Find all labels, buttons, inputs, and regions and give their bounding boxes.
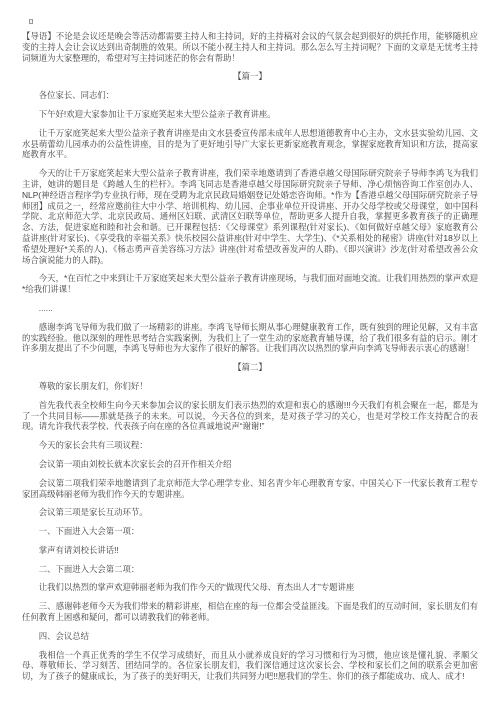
paragraph: 让千万家庭笑起来大型公益亲子教育讲座是由文水县委宣传部未成年人思想道德教育中心主…	[22, 128, 478, 160]
paragraph: 今天的家长会共有三项议程：	[22, 440, 478, 451]
article-content: 【导语】不论是会议还是晚会等活动都需要主持人和主持词，好的主持稿对会议的气氛会起…	[22, 23, 478, 690]
paragraph: 今天，*在百忙之中来到让千万家庭笑起来大型公益亲子教育讲座现场，与我们面对面地交…	[22, 273, 478, 295]
paragraph: 会议第一项由刘校长就本次家长会的召开作相关介绍	[22, 459, 478, 470]
paragraph: 感谢李鸿飞导师为我们做了一场精彩的讲座。李鸿飞导师长期从事心理健康教育工作，既有…	[22, 322, 478, 354]
paragraph: 尊敬的家长朋友们，你们好！	[22, 381, 478, 392]
paragraph: 会议第二项我们荣幸地邀请到了北京师范大学心理学专业、知名青少年心理教育专家、中国…	[22, 478, 478, 500]
document-page: 【导语】不论是会议还是晚会等活动都需要主持人和主持词，好的主持稿对会议的气氛会起…	[0, 0, 504, 713]
paragraph: 掌声有请刘校长讲话!!	[22, 545, 478, 556]
intro-paragraph: 【导语】不论是会议还是晚会等活动都需要主持人和主持词，好的主持稿对会议的气氛会起…	[22, 31, 478, 63]
paragraph: 我相信一个真正优秀的学生不仅学习成绩好，而且从小就养成良好的学习习惯和行为习惯，…	[22, 650, 478, 682]
paragraph: 首先我代表全校师生向今天来参加会议的家长朋友们表示热烈的欢迎和衷心的感谢!!!今…	[22, 400, 478, 432]
paragraph: 一、下面进入大会第一项：	[22, 526, 478, 537]
section-2-heading: 【篇二】	[22, 362, 478, 373]
paragraph: 会议第三项是家长互动环节。	[22, 507, 478, 518]
paragraph: 让我们以热烈的掌声欢迎韩丽老师为我们作今天的“做现代父母、育杰出人才”专题讲座	[22, 582, 478, 593]
paragraph: 今天的让千万家庭笑起来大型公益亲子教育讲座，我们荣幸地邀请到了香港卓越父母国际研…	[22, 168, 478, 265]
paragraph: 下午好!欢迎大家参加让千万家庭笑起来大型公益亲子教育讲座。	[22, 109, 478, 120]
section-1-heading: 【篇一】	[22, 71, 478, 82]
paragraph: 各位家长、同志们：	[22, 90, 478, 101]
paragraph: 四、会议总结	[22, 631, 478, 642]
ellipsis-paragraph: ......	[22, 303, 478, 314]
paragraph: 二、下面进入大会第二项：	[22, 564, 478, 575]
paragraph: 三、感谢韩老师今天为我们带来的精彩讲座，相信在座的每一位都会受益匪浅。下面是我们…	[22, 601, 478, 623]
